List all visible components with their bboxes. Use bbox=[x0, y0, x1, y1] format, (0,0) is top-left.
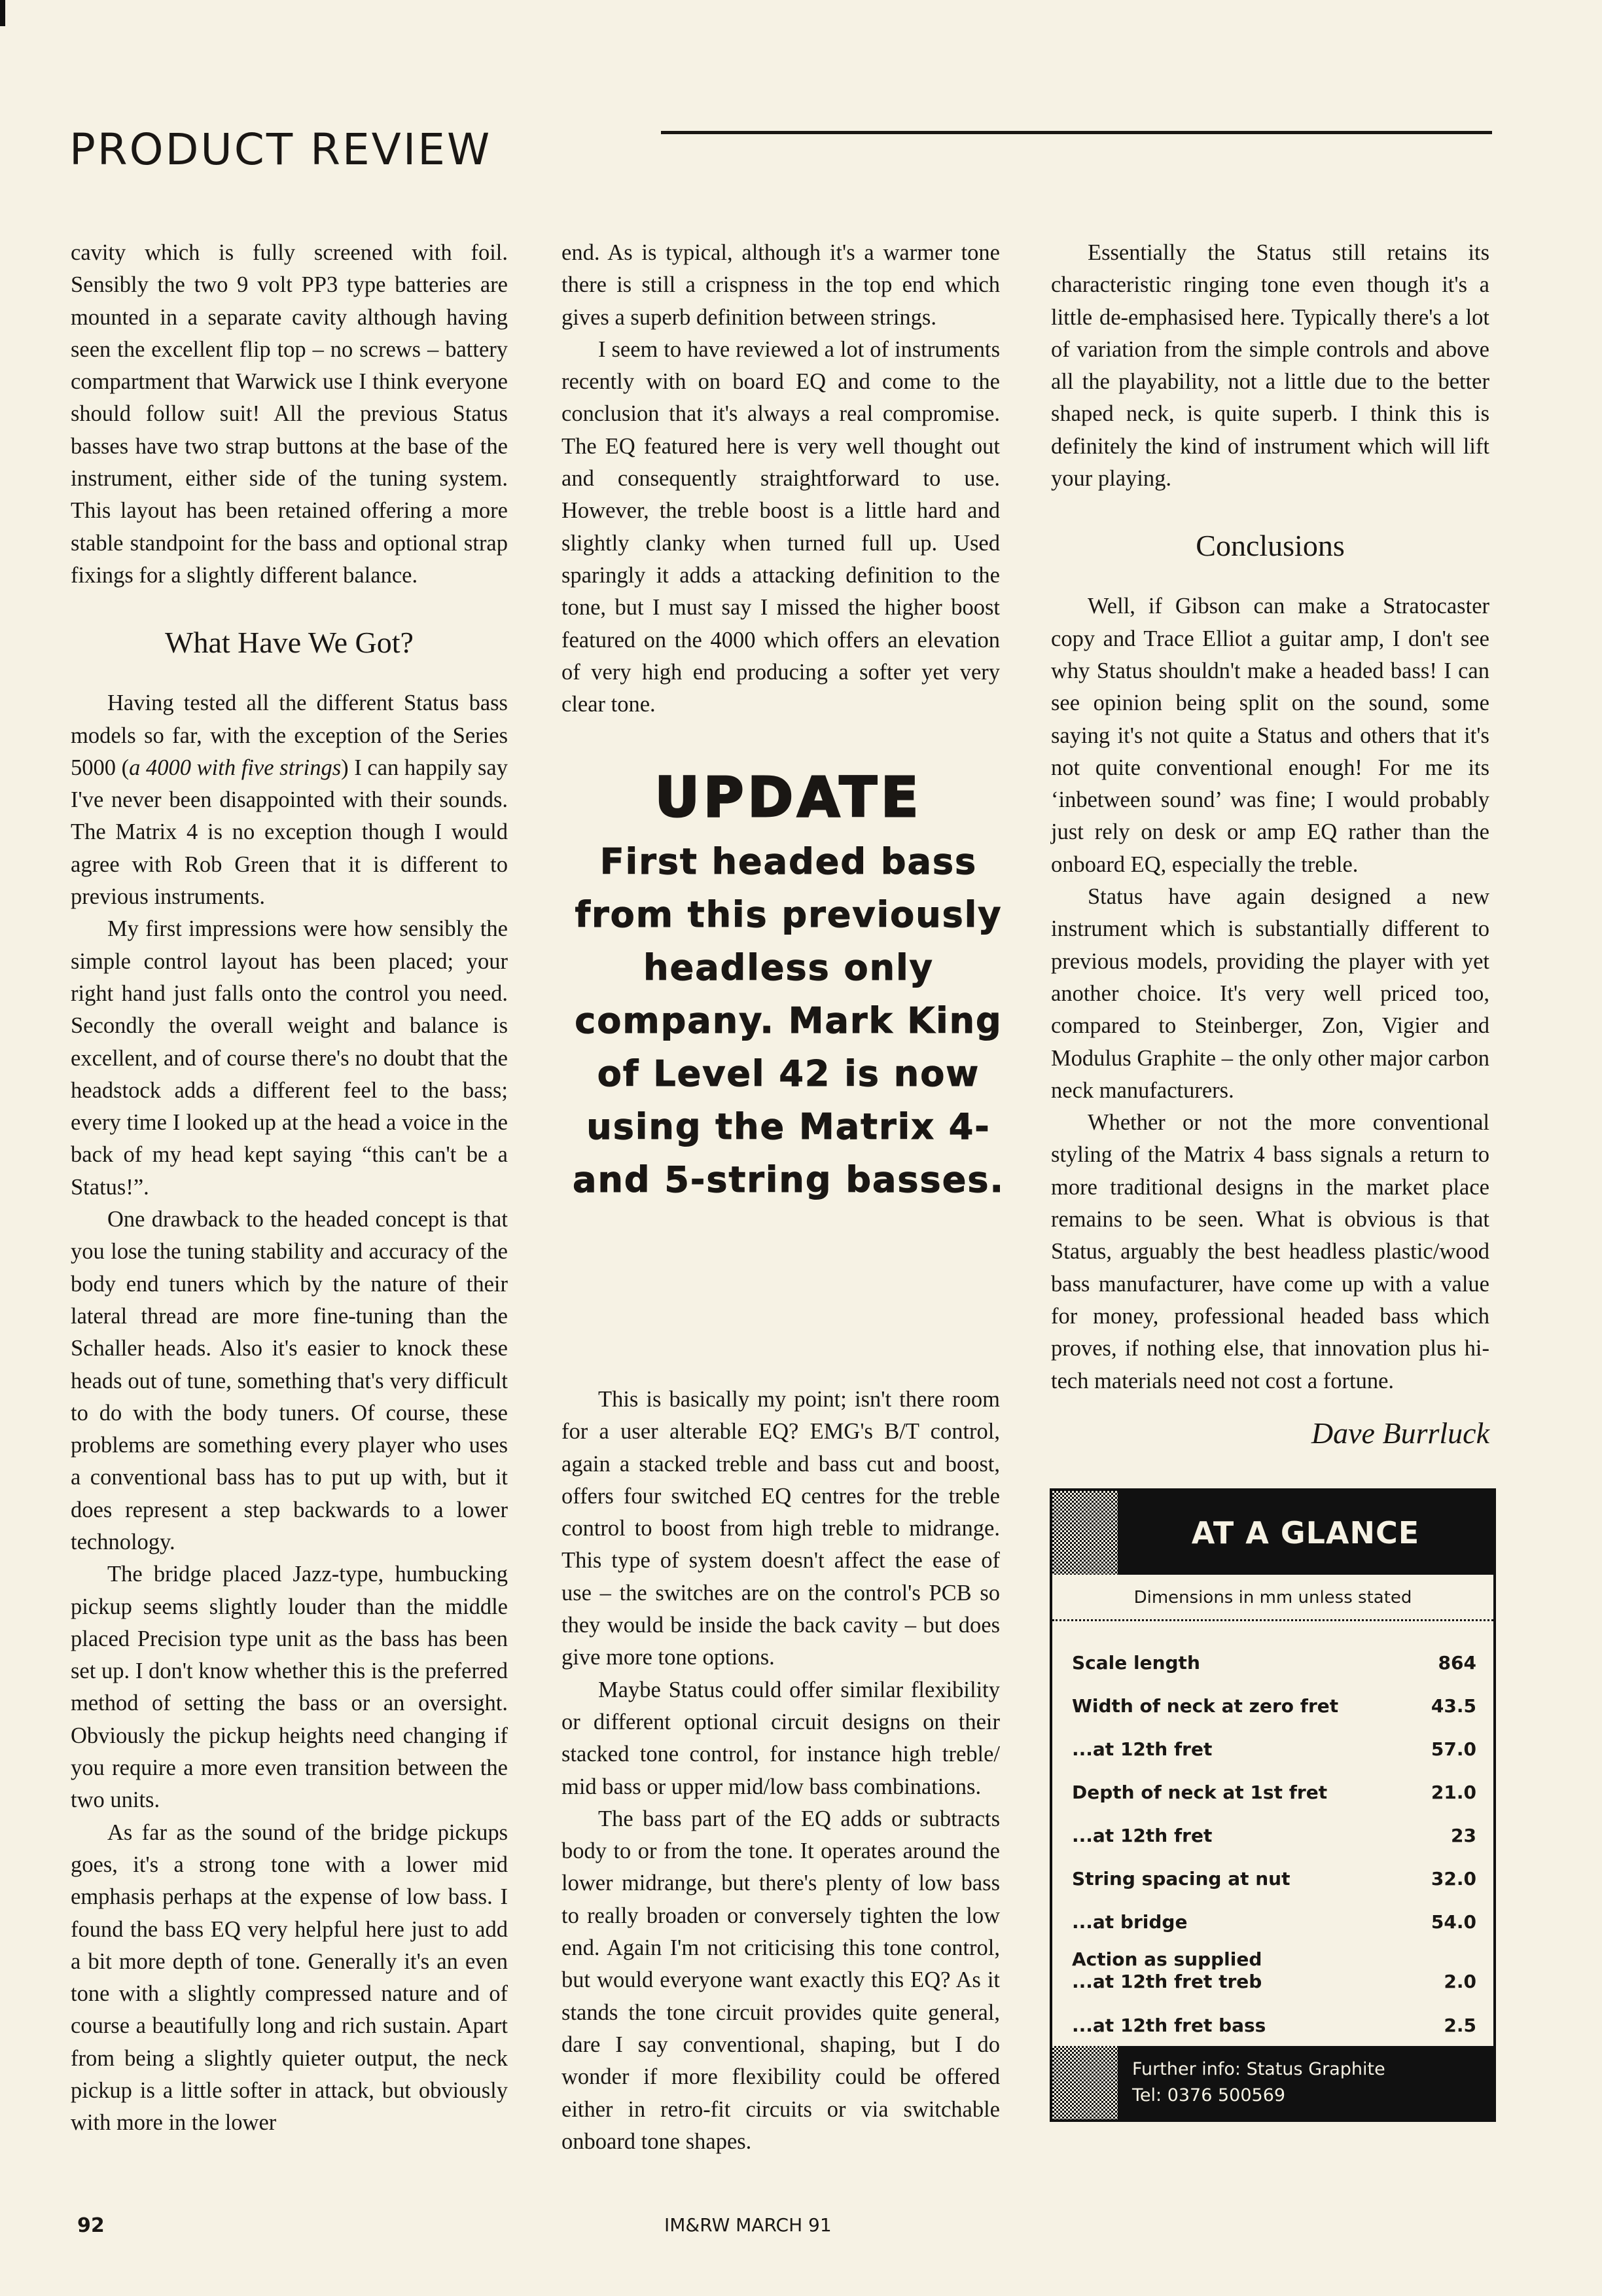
paragraph: Essentially the Status still retains its… bbox=[1051, 237, 1489, 495]
scan-edge-mark bbox=[0, 0, 5, 26]
spec-row: String spacing at nut32.0 bbox=[1072, 1846, 1476, 1890]
spec-row: ...at bridge54.0 bbox=[1072, 1890, 1476, 1933]
spec-row: Depth of neck at 1st fret21.0 bbox=[1072, 1760, 1476, 1803]
paragraph: Well, if Gibson can make a Stratocaster … bbox=[1051, 590, 1489, 881]
article-column-2-lower: This is basically my point; isn't there … bbox=[561, 1384, 1000, 2158]
checker-pattern-icon bbox=[1052, 1491, 1118, 1575]
paragraph: As far as the sound of the bridge pickup… bbox=[71, 1817, 508, 2140]
section-title: PRODUCT REVIEW bbox=[69, 124, 491, 175]
update-title: UPDATE bbox=[563, 764, 1014, 830]
paragraph: The bass part of the EQ adds or subtract… bbox=[561, 1803, 1000, 2158]
page-number: 92 bbox=[77, 2214, 105, 2237]
paragraph: My first impressions were how sensibly t… bbox=[71, 913, 508, 1204]
spec-row: ...at 12th fret57.0 bbox=[1072, 1717, 1476, 1760]
further-info: Further info: Status Graphite bbox=[1132, 2056, 1385, 2083]
paragraph: Whether or not the more conventional sty… bbox=[1051, 1107, 1489, 1397]
spec-row: Action as supplied...at 12th fret treb2.… bbox=[1072, 1933, 1476, 1993]
paragraph: cavity which is fully screened with foil… bbox=[71, 237, 508, 592]
glance-header: AT A GLANCE bbox=[1052, 1491, 1493, 1575]
subheading: Conclusions bbox=[1051, 528, 1489, 564]
subheading: What Have We Got? bbox=[71, 624, 508, 661]
update-body: First headed bass from this previously h… bbox=[563, 835, 1014, 1206]
paragraph: Status have again designed a new instrum… bbox=[1051, 881, 1489, 1107]
glance-footer: Further info: Status Graphite Tel: 0376 … bbox=[1052, 2046, 1493, 2119]
paragraph: This is basically my point; isn't there … bbox=[561, 1384, 1000, 1674]
author-byline: Dave Burrluck bbox=[1051, 1417, 1489, 1449]
at-a-glance-box: AT A GLANCE Dimensions in mm unless stat… bbox=[1050, 1488, 1496, 2122]
update-callout: UPDATE First headed bass from this previ… bbox=[563, 764, 1014, 1206]
italic-aside: a 4000 with five strings bbox=[129, 755, 341, 780]
spec-row: ...at 12th fret23 bbox=[1072, 1803, 1476, 1846]
spec-row: Width of neck at zero fret43.5 bbox=[1072, 1674, 1476, 1717]
glance-subtitle: Dimensions in mm unless stated bbox=[1052, 1575, 1493, 1621]
paragraph: One drawback to the headed concept is th… bbox=[71, 1204, 508, 1558]
paragraph: Having tested all the different Status b… bbox=[71, 687, 508, 913]
glance-title: AT A GLANCE bbox=[1118, 1515, 1493, 1551]
checker-pattern-icon bbox=[1052, 2046, 1118, 2119]
paragraph: end. As is typical, although it's a warm… bbox=[561, 237, 1000, 334]
spec-row: Scale length864 bbox=[1072, 1630, 1476, 1674]
article-column-1: cavity which is fully screened with foil… bbox=[71, 237, 508, 2140]
article-column-2: end. As is typical, although it's a warm… bbox=[561, 237, 1000, 721]
article-column-3: Essentially the Status still retains its… bbox=[1051, 237, 1489, 1449]
paragraph: I seem to have reviewed a lot of instrum… bbox=[561, 334, 1000, 721]
spec-row: ...at 12th fret bass2.5 bbox=[1072, 1993, 1476, 2036]
header-rule bbox=[661, 131, 1492, 134]
telephone: Tel: 0376 500569 bbox=[1132, 2083, 1385, 2109]
paragraph: Maybe Status could offer similar flexibi… bbox=[561, 1674, 1000, 1803]
magazine-issue: IM&RW MARCH 91 bbox=[664, 2214, 832, 2236]
spec-table: Scale length864 Width of neck at zero fr… bbox=[1052, 1621, 1493, 2079]
paragraph: The bridge placed Jazz-type, humbucking … bbox=[71, 1558, 508, 1816]
